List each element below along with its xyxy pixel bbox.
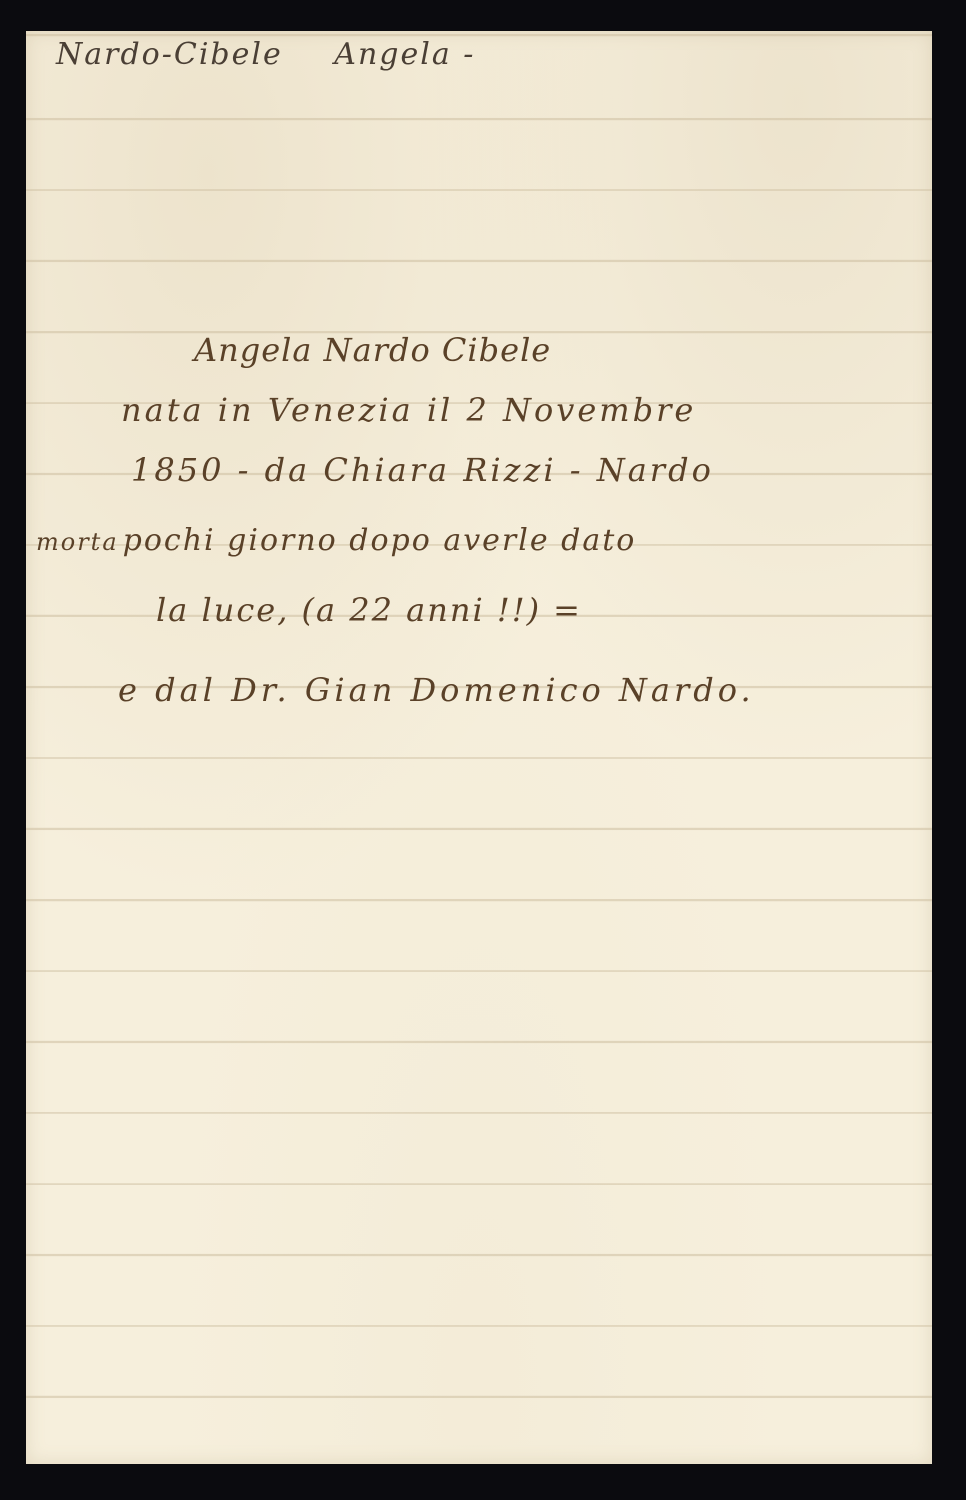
- scan-background: Nardo-Cibele Angela - Angela Nardo Cibel…: [0, 0, 966, 1500]
- margin-insertion: morta: [36, 528, 119, 556]
- text-line-mother: 1850 - da Chiara Rizzi - Nardo: [131, 451, 714, 489]
- header-surname: Nardo-Cibele: [56, 37, 283, 72]
- manuscript-page: Nardo-Cibele Angela - Angela Nardo Cibel…: [26, 31, 932, 1464]
- text-line-age: la luce, (a 22 anni !!)=: [156, 591, 582, 629]
- text-line-birth: nata in Venezia il 2 Novembre: [121, 391, 696, 429]
- header-annotation: Nardo-Cibele Angela -: [56, 37, 515, 72]
- double-rule-mark: =: [553, 591, 582, 629]
- text-line-death: mortapochi giorno dopo averle dato: [36, 523, 636, 558]
- text-line-death-main: pochi giorno dopo averle dato: [123, 523, 637, 558]
- body-title: Angela Nardo Cibele: [194, 331, 551, 369]
- ruled-lines: [26, 31, 932, 1464]
- header-given-name: Angela -: [334, 37, 475, 72]
- text-line-age-main: la luce, (a 22 anni !!): [156, 591, 541, 629]
- text-line-father: e dal Dr. Gian Domenico Nardo.: [118, 671, 755, 709]
